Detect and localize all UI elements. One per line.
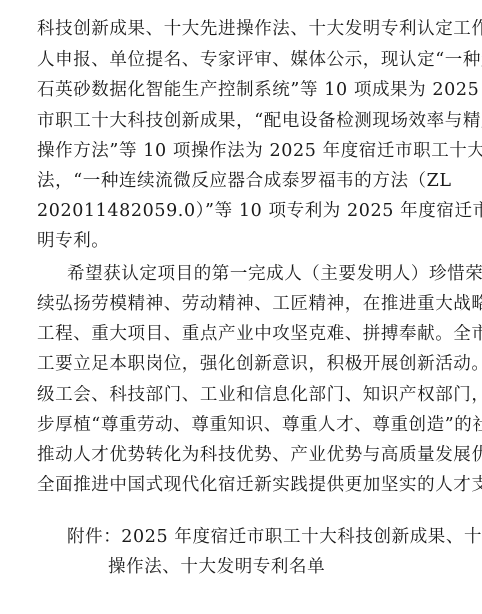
text-line: 推动人才优势转化为科技优势、产业优势与高质量发展优势，为 — [37, 444, 451, 466]
text-line: 工程、重大项目、重点产业中攻坚克难、拼搏奉献。全市广大职 — [37, 323, 451, 345]
text-line: 全面推进中国式现代化宿迁新实践提供更加坚实的人才支撑。 — [37, 474, 451, 496]
attachment-line: 附件：2025 年度宿迁市职工十大科技创新成果、十大先进 — [67, 526, 445, 548]
text-line: 明专利。 — [37, 230, 109, 252]
text-line: 步厚植“尊重劳动、尊重知识、尊重人才、尊重创造”的社会氛围， — [37, 414, 451, 436]
text-line: 法，“一种连续流微反应器合成泰罗福韦的方法（ZL — [37, 170, 451, 192]
text-line: 工要立足本职岗位，强化创新意识，积极开展创新活动。全市各 — [37, 353, 451, 375]
text-line: 级工会、科技部门、工业和信息化部门、知识产权部门，要进一 — [37, 384, 451, 406]
text-line: 202011482059.0）”等 10 项专利为 2025 年度宿迁市职工十大… — [37, 200, 451, 222]
text-line: 科技创新成果、十大先进操作法、十大发明专利认定工作。经个 — [37, 18, 451, 40]
text-line: 希望获认定项目的第一完成人（主要发明人）珍惜荣誉，继 — [67, 263, 451, 285]
text-line: 续弘扬劳模精神、劳动精神、工匠精神，在推进重大战略、重大 — [37, 293, 451, 315]
attachment-line: 操作法、十大发明专利名单 — [108, 556, 325, 578]
text-line: 人申报、单位提名、专家评审、媒体公示，现认定“一种超高纯 — [37, 49, 451, 71]
text-line: 操作方法”等 10 项操作法为 2025 年度宿迁市职工十大先进操作 — [37, 140, 451, 162]
document-page: 科技创新成果、十大先进操作法、十大发明专利认定工作。经个 人申报、单位提名、专家… — [0, 0, 482, 614]
text-line: 市职工十大科技创新成果，“配电设备检测现场效率与精度提升 — [37, 110, 451, 132]
text-line: 石英砂数据化智能生产控制系统”等 10 项成果为 2025 年度宿迁 — [37, 79, 451, 101]
